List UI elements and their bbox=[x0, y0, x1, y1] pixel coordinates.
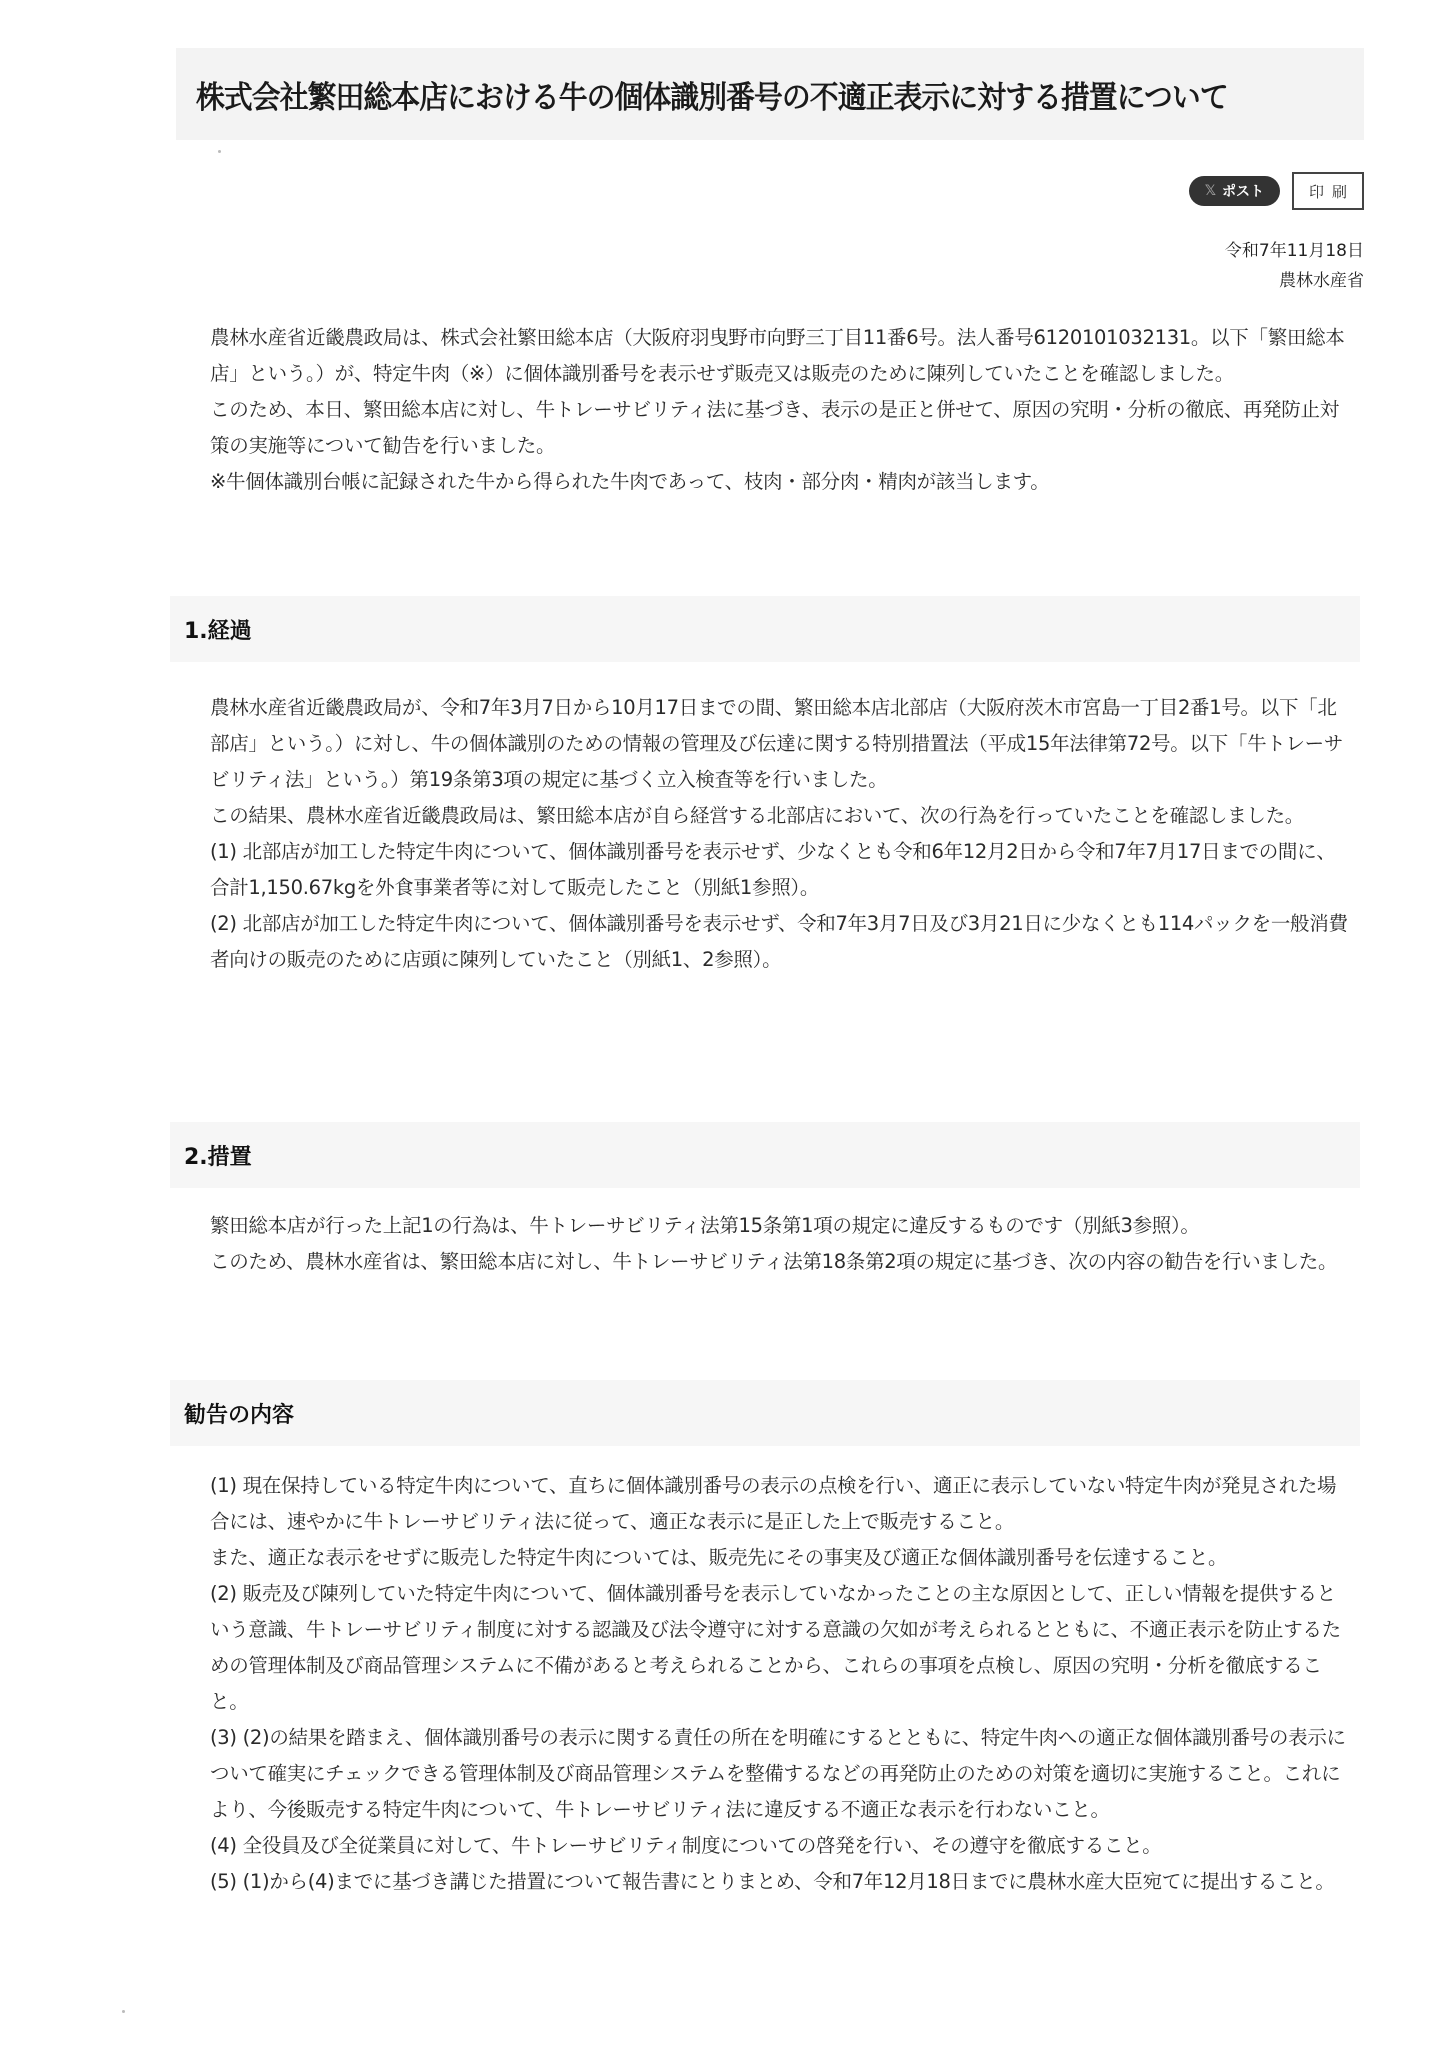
section-list-item: (4) 全役員及び全従業員に対して、牛トレーサビリティ制度についての啓発を行い、… bbox=[210, 1828, 1350, 1864]
section-paragraph: また、適正な表示をせずに販売した特定牛肉については、販売先にその事実及び適正な個… bbox=[210, 1540, 1350, 1576]
action-bar: 𝕏 ポスト 印刷 bbox=[1189, 172, 1364, 210]
scan-artifact bbox=[218, 150, 221, 153]
section-list-item: (3) (2)の結果を踏まえ、個体識別番号の表示に関する責任の所在を明確にすると… bbox=[210, 1720, 1350, 1828]
section-heading: 1.経過 bbox=[184, 614, 252, 645]
section-heading-band: 1.経過 bbox=[170, 596, 1360, 662]
section-heading: 勧告の内容 bbox=[184, 1398, 294, 1429]
page-title: 株式会社繁田総本店における牛の個体識別番号の不適正表示に対する措置について bbox=[196, 72, 1228, 117]
section-list-item: (1) 北部店が加工した特定牛肉について、個体識別番号を表示せず、少なくとも令和… bbox=[210, 834, 1350, 906]
section-heading-band: 2.措置 bbox=[170, 1122, 1360, 1188]
section-heading: 2.措置 bbox=[184, 1140, 252, 1171]
section-heading-band: 勧告の内容 bbox=[170, 1380, 1360, 1446]
section-body: 繁田総本店が行った上記1の行為は、牛トレーサビリティ法第15条第1項の規定に違反… bbox=[210, 1208, 1350, 1280]
section-paragraph: このため、農林水産省は、繁田総本店に対し、牛トレーサビリティ法第18条第2項の規… bbox=[210, 1244, 1350, 1280]
release-date: 令和7年11月18日 bbox=[1225, 236, 1364, 266]
section-paragraph: この結果、農林水産省近畿農政局は、繁田総本店が自ら経営する北部店において、次の行… bbox=[210, 798, 1350, 834]
section-list-item: (2) 北部店が加工した特定牛肉について、個体識別番号を表示せず、令和7年3月7… bbox=[210, 906, 1350, 978]
x-logo-icon: 𝕏 bbox=[1205, 183, 1216, 199]
print-button[interactable]: 印刷 bbox=[1292, 172, 1364, 210]
section-body: (1) 現在保持している特定牛肉について、直ちに個体識別番号の表示の点検を行い、… bbox=[210, 1468, 1350, 1900]
title-band: 株式会社繁田総本店における牛の個体識別番号の不適正表示に対する措置について bbox=[176, 48, 1364, 140]
intro-block: 農林水産省近畿農政局は、株式会社繁田総本店（大阪府羽曳野市向野三丁目11番6号。… bbox=[210, 320, 1350, 500]
section-paragraph: 繁田総本店が行った上記1の行為は、牛トレーサビリティ法第15条第1項の規定に違反… bbox=[210, 1208, 1350, 1244]
section-list-item: (1) 現在保持している特定牛肉について、直ちに個体識別番号の表示の点検を行い、… bbox=[210, 1468, 1350, 1540]
section-list-item: (2) 販売及び陳列していた特定牛肉について、個体識別番号を表示していなかったこ… bbox=[210, 1576, 1350, 1720]
intro-paragraph: このため、本日、繁田総本店に対し、牛トレーサビリティ法に基づき、表示の是正と併せ… bbox=[210, 392, 1350, 464]
intro-paragraph: 農林水産省近畿農政局は、株式会社繁田総本店（大阪府羽曳野市向野三丁目11番6号。… bbox=[210, 320, 1350, 392]
section-list-item: (5) (1)から(4)までに基づき講じた措置について報告書にとりまとめ、令和7… bbox=[210, 1864, 1350, 1900]
release-agency: 農林水産省 bbox=[1225, 266, 1364, 296]
intro-note: ※牛個体識別台帳に記録された牛から得られた牛肉であって、枝肉・部分肉・精肉が該当… bbox=[210, 464, 1350, 500]
release-meta: 令和7年11月18日 農林水産省 bbox=[1225, 236, 1364, 296]
scan-artifact bbox=[122, 2010, 125, 2013]
x-post-label: ポスト bbox=[1222, 181, 1264, 201]
x-post-button[interactable]: 𝕏 ポスト bbox=[1189, 176, 1280, 206]
section-body: 農林水産省近畿農政局が、令和7年3月7日から10月17日までの間、繁田総本店北部… bbox=[210, 690, 1350, 978]
section-paragraph: 農林水産省近畿農政局が、令和7年3月7日から10月17日までの間、繁田総本店北部… bbox=[210, 690, 1350, 798]
